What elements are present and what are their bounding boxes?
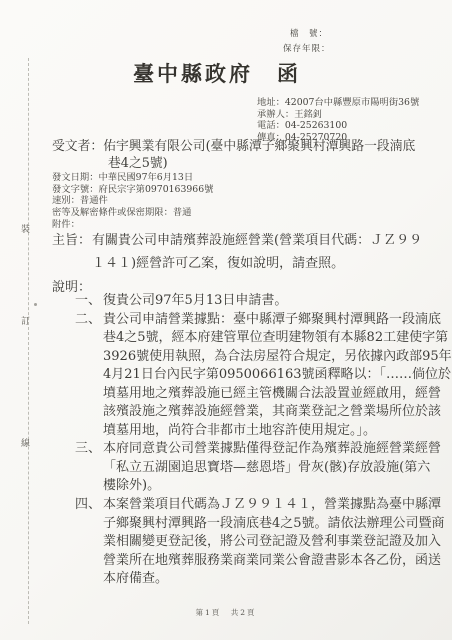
item-1-line: 復貴公司97年5月13日申請書。 bbox=[103, 292, 287, 311]
item-2-line: 貴公司申請營業據點：臺中縣潭子鄉聚興村潭興路一段湳底 bbox=[103, 311, 452, 330]
item-4-line: 營業所在地殯葬服務業商業同業公會證書影本各乙份，函送 bbox=[103, 552, 445, 571]
contact-block: 地址：42007台中縣豐原市陽明街36號 承辦人：王銘釗 電話：04-25263… bbox=[257, 97, 419, 144]
document-title: 臺中縣政府 函 bbox=[133, 58, 301, 88]
address-line: 地址：42007台中縣豐原市陽明街36號 bbox=[257, 97, 419, 109]
item-4-line: 本案營業項目代碼為ＪＺ９９１４１，營業據點為臺中縣潭 bbox=[103, 496, 445, 515]
subject-line-1: 有關貴公司申請殯葬設施經營業(營業項目代碼：ＪＺ９９ bbox=[92, 229, 422, 252]
speed-line: 速別：普通件 bbox=[52, 195, 213, 207]
document-page: 裝 訂 線 檔 號： 保存年限： 臺中縣政府 函 地址：42007台中縣豐原市陽… bbox=[0, 0, 452, 640]
item-2-line: 4月21日台內民字第0950066163號函釋略以：「……倘位於 bbox=[103, 366, 452, 385]
recipient-line-1: 受文者：佑宇興業有限公司(臺中縣潭子鄉聚興村潭興路一段湳底 bbox=[52, 139, 415, 156]
item-2: 二、 貴公司申請營業據點：臺中縣潭子鄉聚興村潭興路一段湳底 巷4之5號，經本府建… bbox=[75, 311, 445, 441]
subject-line-2: １４１)經營許可乙案，復如說明，請查照。 bbox=[92, 252, 422, 275]
subject-label: 主旨： bbox=[52, 229, 92, 275]
explanation-items: 一、 復貴公司97年5月13日申請書。 二、 貴公司申請營業據點：臺中縣潭子鄉聚… bbox=[75, 292, 445, 589]
item-3-line: 「私立五湖園追思寶塔—慈恩塔」骨灰(骸)存放設施(第六 bbox=[103, 459, 441, 478]
file-number-label: 檔 號： bbox=[283, 27, 331, 42]
item-4-line: 業相關變更登記後，將公司登記證及營利事業登記證及加入 bbox=[103, 533, 445, 552]
binding-mark-ding: 訂 bbox=[21, 314, 30, 327]
page-number-footer: 第1頁 共2頁 bbox=[0, 607, 452, 618]
scan-speck bbox=[34, 303, 37, 306]
item-3-line: 樓除外)。 bbox=[103, 477, 441, 496]
item-2-line: 3926號使用執照，為合法房屋符合規定，另依據內政部95年 bbox=[103, 348, 452, 367]
issue-date-line: 發文日期：中華民國97年6月13日 bbox=[52, 172, 213, 184]
item-2-line: 墳墓用地之殯葬設施已經主管機關合法設置並經啟用，經營 bbox=[103, 385, 452, 404]
contact-person-line: 承辦人：王銘釗 bbox=[257, 109, 419, 121]
item-4-line: 本府備查。 bbox=[103, 570, 445, 589]
item-4-line: 子鄉聚興村潭興路一段湳底巷4之5號。請依法辦理公司暨商 bbox=[103, 515, 445, 534]
security-line: 密等及解密條件或保密期限：普通 bbox=[52, 207, 213, 219]
item-4: 四、 本案營業項目代碼為ＪＺ９９１４１，營業據點為臺中縣潭 子鄉聚興村潭興路一段… bbox=[75, 496, 445, 589]
binding-mark-zhuang: 裝 bbox=[21, 222, 30, 235]
item-3: 三、 本府同意貴公司營業據點僅得登記作為殯葬設施經營業經營 「私立五湖園追思寶塔… bbox=[75, 440, 445, 496]
item-3-number: 三、 bbox=[75, 440, 103, 496]
retention-period-label: 保存年限： bbox=[283, 42, 331, 57]
item-1-number: 一、 bbox=[75, 292, 103, 311]
item-2-line: 巷4之5號，經本府建管單位查明建物領有本縣82工建使字第 bbox=[103, 329, 452, 348]
item-3-line: 本府同意貴公司營業據點僅得登記作為殯葬設施經營業經營 bbox=[103, 440, 441, 459]
subject-block: 主旨： 有關貴公司申請殯葬設施經營業(營業項目代碼：ＪＺ９９ １４１)經營許可乙… bbox=[52, 229, 422, 275]
item-2-number: 二、 bbox=[75, 311, 103, 441]
binding-dotted-line bbox=[28, 58, 29, 624]
item-4-number: 四、 bbox=[75, 496, 103, 589]
item-2-line: 墳墓用地，尚符合非都市土地容許使用規定。」。 bbox=[103, 422, 452, 441]
item-2-line: 該殯設施之殯葬設施經營業，其商業登記之營業場所位於該 bbox=[103, 403, 452, 422]
doc-number-line: 發文字號：府民宗字第0970163966號 bbox=[52, 184, 213, 196]
phone-line: 電話：04-25263100 bbox=[257, 120, 419, 132]
item-1: 一、 復貴公司97年5月13日申請書。 bbox=[75, 292, 445, 311]
meta-block: 發文日期：中華民國97年6月13日 發文字號：府民宗字第0970163966號 … bbox=[52, 172, 213, 231]
recipient-block: 受文者：佑宇興業有限公司(臺中縣潭子鄉聚興村潭興路一段湳底 巷4之5號) bbox=[52, 139, 415, 172]
file-number-block: 檔 號： 保存年限： bbox=[283, 27, 331, 57]
binding-mark-xian: 線 bbox=[21, 436, 30, 449]
recipient-line-2: 巷4之5號) bbox=[52, 156, 415, 173]
